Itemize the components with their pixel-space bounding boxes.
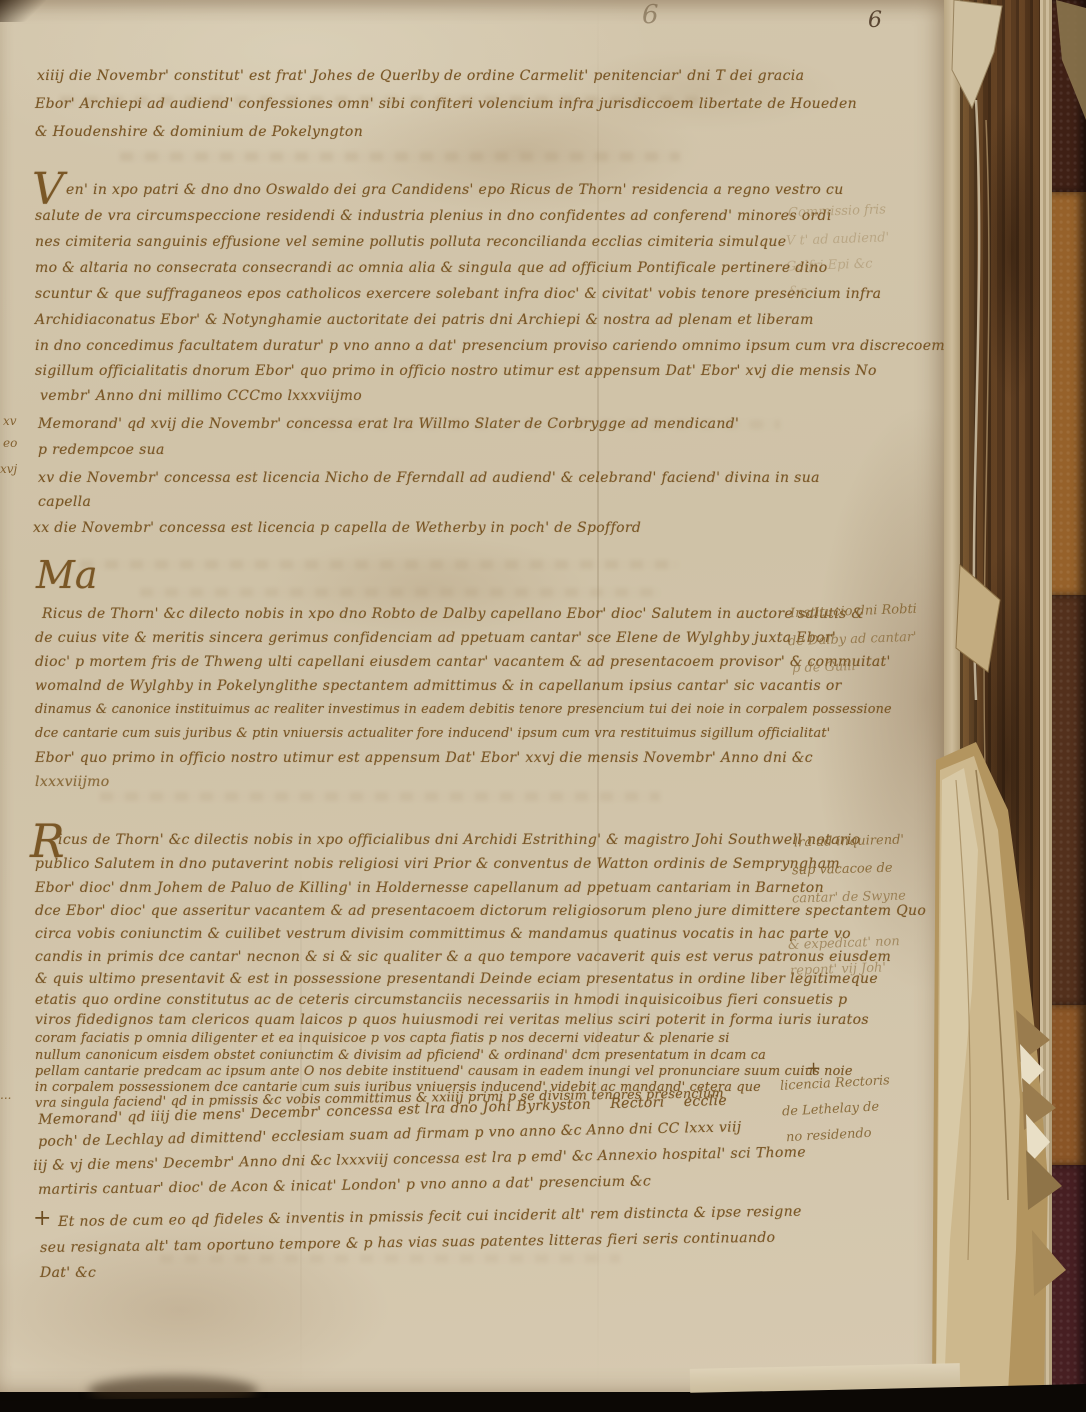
- text-line: en' in xpo patri & dno dno Oswaldo dei g…: [66, 182, 844, 198]
- text-line: scuntur & que suffraganeos epos catholic…: [35, 286, 881, 302]
- text-line: publico Salutem in dno putaverint nobis …: [35, 856, 840, 872]
- text-line: Archidiaconatus Ebor' & Notynghamie auct…: [35, 312, 814, 328]
- initial-letter: V: [32, 168, 64, 212]
- folio-number: 6: [868, 8, 882, 33]
- text-line: Ebor' quo primo in officio nostro utimur…: [35, 750, 813, 766]
- text-line: lxxxviijmo: [35, 774, 110, 790]
- text-line: in dno concedimus facultatem duratur' p …: [35, 338, 945, 354]
- cross-symbol: +: [33, 1206, 51, 1231]
- text-line: & Houdenshire & dominium de Pokelyngton: [35, 124, 363, 140]
- text-line: vembr' Anno dni millimo CCCmo lxxxviijmo: [40, 388, 362, 404]
- margin-note-line: sup vacacoe de: [792, 861, 893, 879]
- showthrough: [120, 152, 680, 161]
- text-line: & quis ultimo presentavit & est in posse…: [35, 971, 878, 987]
- margin-note-line: lra ad inquirend': [794, 833, 904, 851]
- initial-letter: Ma: [36, 556, 98, 594]
- margin-mark: xvj: [0, 462, 17, 476]
- text-line: viros fidedignos tam clericos quam laico…: [35, 1012, 869, 1028]
- text-line: mo & altaria no consecrata consecrandi a…: [35, 260, 828, 276]
- text-line: Ricus de Thorn' &c dilecto nobis in xpo …: [42, 606, 864, 622]
- margin-note-line: Galfri Epi &c: [786, 256, 873, 274]
- margin-note-line: &c: [788, 284, 807, 299]
- text-line: dioc' p mortem fris de Thweng ulti capel…: [35, 654, 891, 670]
- folio-number-faint: 6: [642, 0, 659, 30]
- text-line: coram faciatis p omnia diligenter et ea …: [35, 1031, 730, 1046]
- text-line: salute de vra circumspeccione residendi …: [35, 208, 832, 224]
- showthrough: [80, 560, 680, 569]
- showthrough: [140, 588, 660, 597]
- torn-parchment-flaps: [916, 0, 1086, 1412]
- text-line: xiiij die Novembr' constitut' est frat' …: [37, 68, 804, 84]
- text-line: womalnd de Wylghby in Pokelynglithe spec…: [35, 678, 842, 694]
- showthrough: [160, 1254, 620, 1263]
- text-line: nullum canonicum eisdem obstet coniuncti…: [35, 1048, 766, 1063]
- text-line: circa vobis coniunctim & cuilibet vestru…: [35, 926, 851, 942]
- text-line: etatis quo ordine constitutus ac de cete…: [35, 992, 847, 1008]
- text-line: dinamus & canonice instituimus ac realit…: [35, 702, 892, 717]
- margin-dots: ...: [0, 1088, 11, 1102]
- text-line: Dat' &c: [40, 1265, 96, 1281]
- text-line: pellam cantarie predcam ac ipsum ante O …: [35, 1064, 853, 1079]
- text-line: capella: [38, 494, 91, 510]
- text-line: xv die Novembr' concessa est licencia Ni…: [38, 470, 820, 486]
- text-line: Ebor' dioc' dnm Johem de Paluo de Killin…: [35, 880, 824, 896]
- margin-note-line: p de Guill': [792, 659, 860, 676]
- text-line: Ebor' Archiepi ad audiend' confessiones …: [35, 96, 857, 112]
- margin-note-line: cantar' de Swyne: [792, 889, 906, 907]
- text-line: de cuius vite & meritis sincera gerimus …: [35, 630, 836, 646]
- manuscript-scan: 6 6 xiiij die Novembr' constitut' est fr…: [0, 0, 1086, 1412]
- text-line: icus de Thorn' &c dilectis nobis in xpo …: [58, 832, 860, 848]
- text-line: nes cimiteria sanguinis effusione vel se…: [35, 234, 786, 250]
- showthrough: [100, 792, 660, 801]
- margin-mark: eo: [3, 436, 17, 450]
- text-line: sigillum officialitatis dnorum Ebor' quo…: [35, 363, 877, 379]
- corner-shadow: [0, 0, 46, 22]
- text-line: candis in primis dce cantar' necnon & si…: [35, 949, 891, 965]
- text-line: dce cantarie cum suis juribus & ptin vni…: [35, 726, 830, 741]
- text-line: Memorand' qd xvij die Novembr' concessa …: [38, 416, 739, 432]
- text-line: xx die Novembr' concessa est licencia p …: [33, 520, 641, 536]
- text-line: p redempcoe sua: [38, 442, 165, 458]
- margin-mark: xv: [3, 414, 17, 428]
